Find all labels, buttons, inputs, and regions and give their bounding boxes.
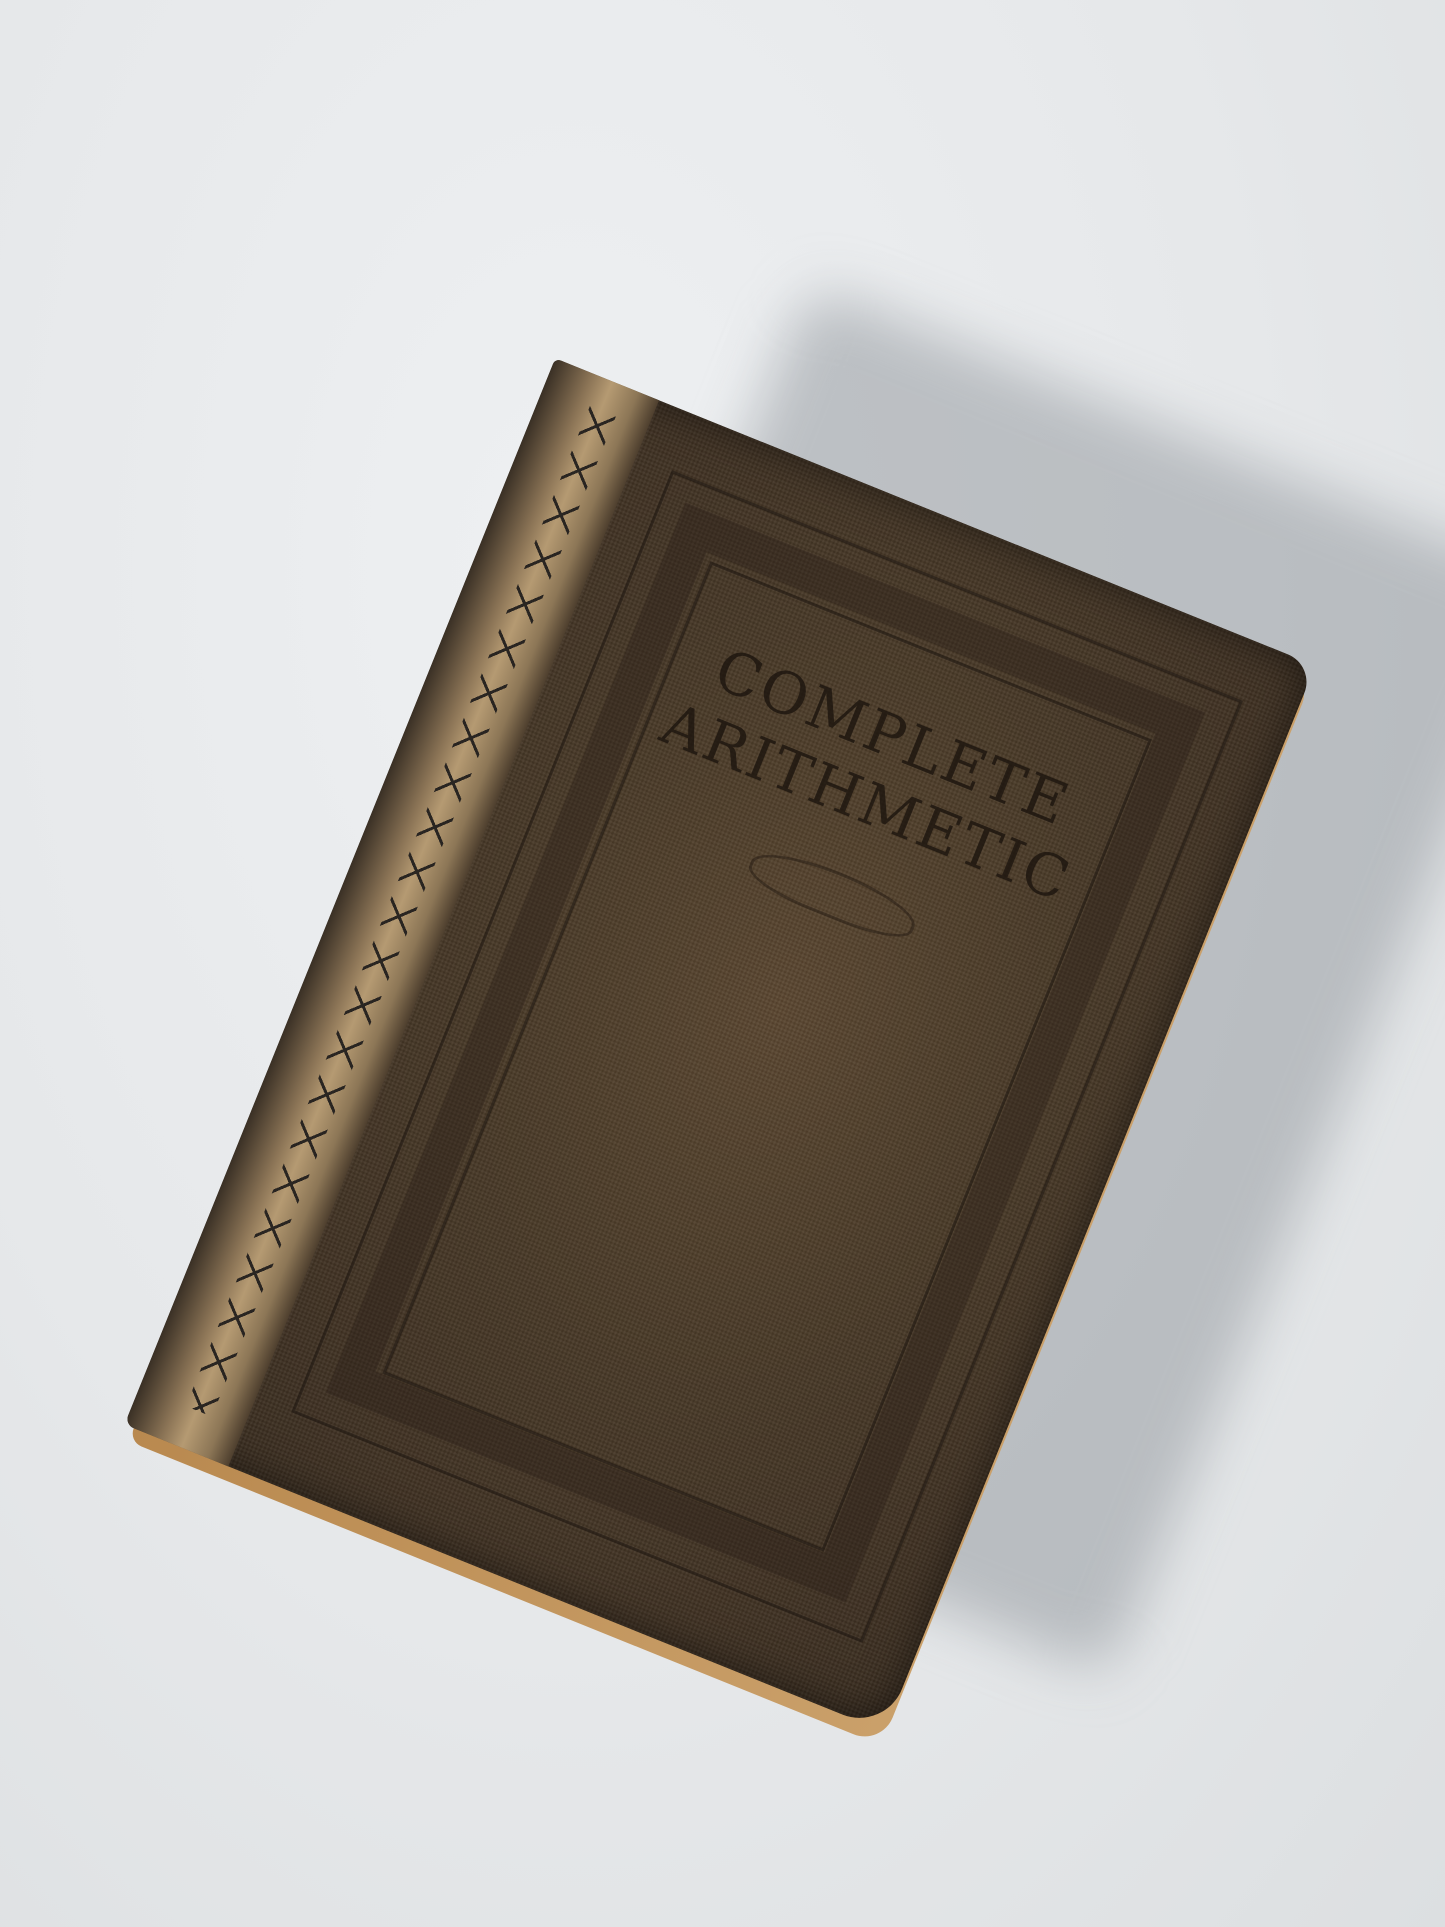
photo-scene: COMPLETE ARITHMETIC — [0, 0, 1445, 1927]
